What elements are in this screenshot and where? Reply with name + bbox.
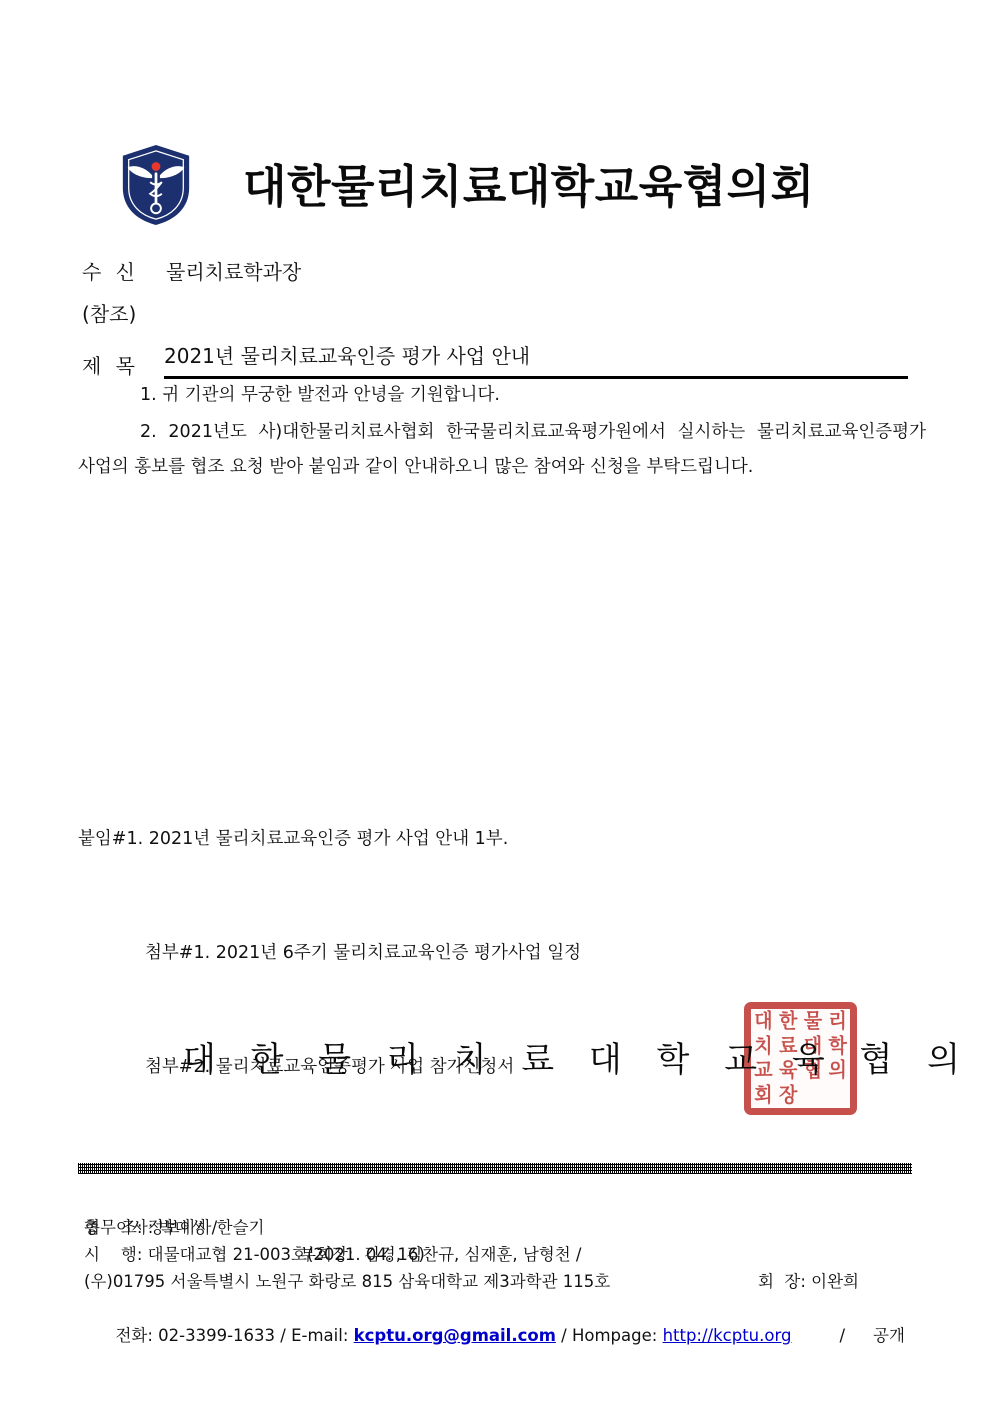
- officials-line: 총무이사: 박대성 / 부회장: 김경, 김찬규, 심재훈, 남형천 / 회 장…: [78, 1187, 912, 1214]
- phone-text: 전화: 02-3399-1633 / E-mail:: [115, 1326, 353, 1345]
- stamp-character: 물: [804, 1011, 822, 1031]
- subject-underline: 2021년 물리치료교육인증 평가 사업 안내: [164, 340, 908, 379]
- shield-caduceus-icon: [117, 143, 195, 227]
- recipient-label: 수 신: [82, 256, 154, 285]
- email-link[interactable]: kcptu.org@gmail.com: [354, 1326, 556, 1345]
- contact-line: 전화: 02-3399-1633 / E-mail: kcptu.org@gma…: [78, 1295, 912, 1322]
- homepage-link[interactable]: http://kcptu.org: [663, 1326, 792, 1345]
- issuance-line: 시 행: 대물대교협 21-003호(2021. 04. 16): [78, 1241, 912, 1268]
- hatched-divider: [78, 1163, 912, 1174]
- disclosure-badge: 공개: [873, 1326, 905, 1345]
- recipient-value: 물리치료학과장: [166, 256, 301, 285]
- attachment-item: 붙임#1. 2021년 물리치료교육인증 평가 사업 안내 1부.: [78, 820, 581, 858]
- letter-body: 1. 귀 기관의 무궁한 발전과 안녕을 기원합니다. 2. 2021년도 사)…: [78, 378, 926, 485]
- body-paragraph-1: 1. 귀 기관의 무궁한 발전과 안녕을 기원합니다.: [78, 378, 926, 413]
- homepage-label: / Hompage:: [556, 1326, 663, 1345]
- letter-footer: 총무이사: 박대성 / 부회장: 김경, 김찬규, 심재훈, 남형천 / 회 장…: [78, 1163, 912, 1322]
- signature-area: 대한물리치료대학교육협의회장 대 한 물 리 치 료 대 학 교 육 협 의 회…: [0, 995, 992, 1130]
- subject-row: 제 목 2021년 물리치료교육인증 평가 사업 안내: [82, 340, 908, 379]
- letter-meta: 수 신 물리치료학과장 (참조) 제 목 2021년 물리치료교육인증 평가 사…: [82, 256, 908, 379]
- document-page: 대한물리치료대학교육협의회 수 신 물리치료학과장 (참조) 제 목 2021년…: [0, 0, 992, 1403]
- org-name-title: 대한물리치료대학교육협의회: [243, 150, 815, 215]
- stamp-character: 대: [754, 1011, 772, 1031]
- signer-title: 대 한 물 리 치 료 대 학 교 육 협 의 회 장: [183, 1032, 992, 1081]
- cooperation-line: 협 조: 정보이사 한슬기: [78, 1214, 912, 1241]
- body-paragraph-2: 2. 2021년도 사)대한물리치료사협회 한국물리치료교육평가원에서 실시하는…: [78, 415, 926, 485]
- stamp-character: 장: [779, 1086, 797, 1106]
- subject-value: 2021년 물리치료교육인증 평가 사업 안내: [164, 344, 530, 368]
- stamp-character: 한: [779, 1011, 797, 1031]
- separator-slash: /: [839, 1326, 845, 1345]
- stamp-character: 리: [828, 1011, 846, 1031]
- attachment-item: 첨부#1. 2021년 6주기 물리치료교육인증 평가사업 일정: [145, 934, 581, 972]
- cc-row: (참조): [82, 298, 908, 327]
- subject-label: 제 목: [82, 350, 154, 379]
- recipient-row: 수 신 물리치료학과장: [82, 256, 908, 285]
- address-line: (우)01795 서울특별시 노원구 화랑로 815 삼육대학교 제3과학관 1…: [78, 1268, 912, 1295]
- cc-label: (참조): [82, 298, 136, 327]
- stamp-character: 회: [754, 1086, 772, 1106]
- org-logo: [117, 143, 195, 227]
